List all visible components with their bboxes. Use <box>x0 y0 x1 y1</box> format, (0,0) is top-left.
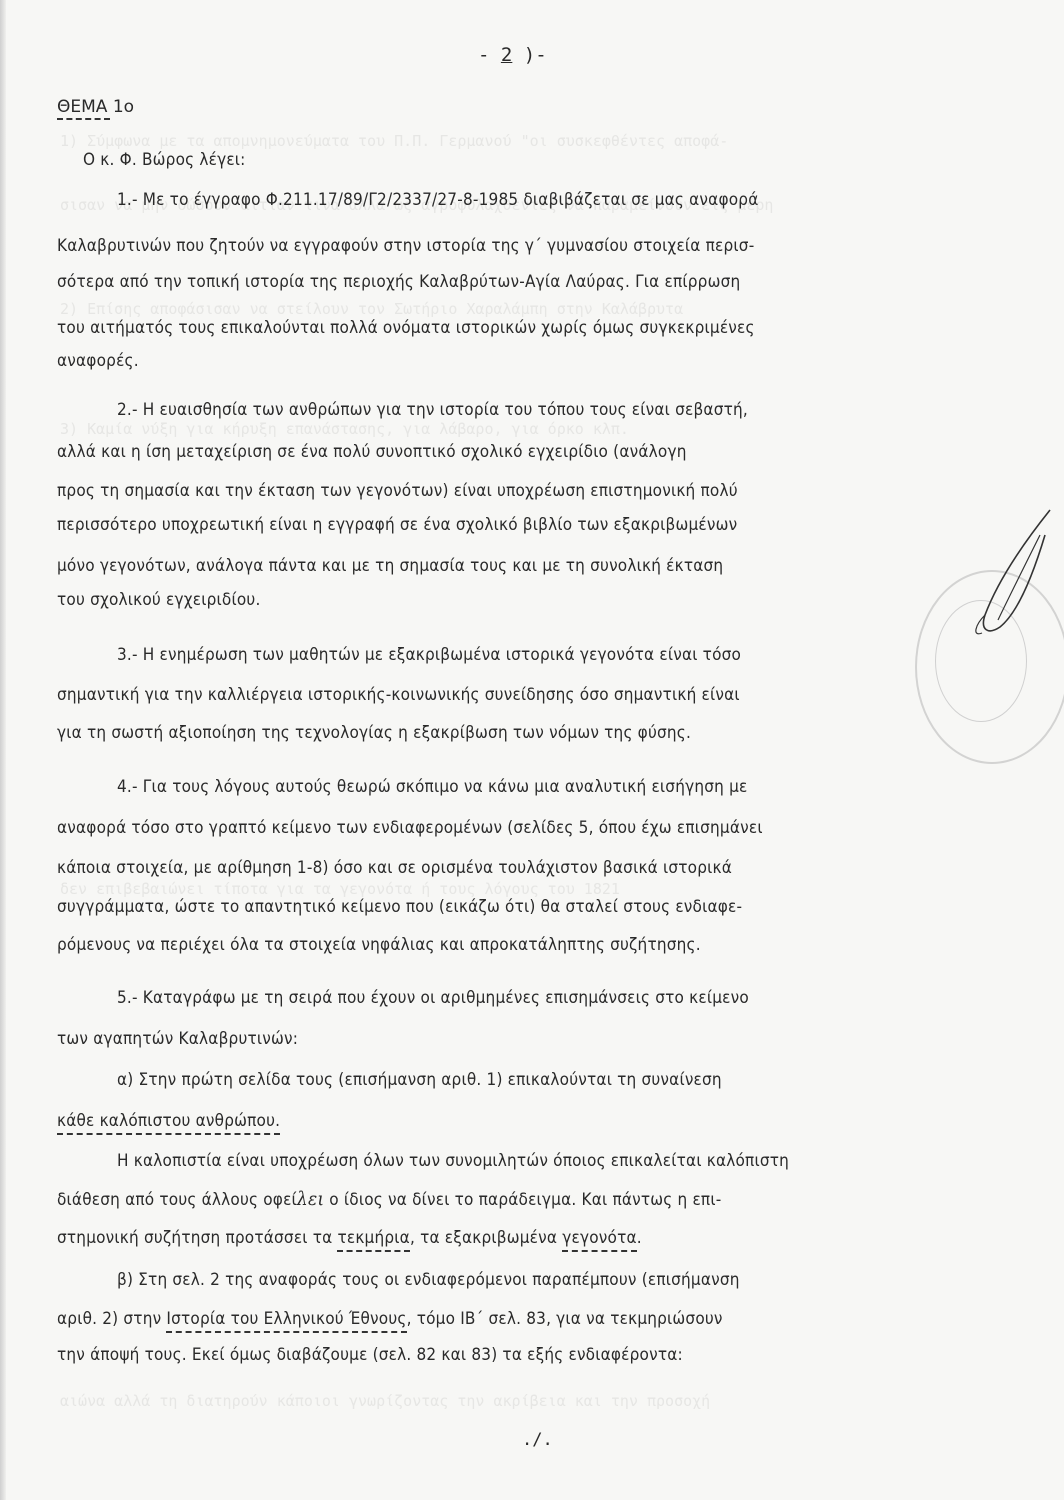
paragraph-4-line: 4.- Για τους λόγους αυτούς θεωρώ σκόπιμο… <box>117 777 747 797</box>
item-a-paragraph-line: διάθεση από τους άλλους οφείλει ο ίδιος … <box>57 1188 721 1210</box>
paragraph-2-line: αλλά και η ίση μεταχείριση σε ένα πολύ σ… <box>57 442 687 462</box>
paragraph-4-line: ρόμενους να περιέχει όλα τα στοιχεία νηφ… <box>57 935 701 955</box>
paragraph-3-line: σημαντική για την καλλιέργεια ιστορικής-… <box>57 685 740 705</box>
paragraph-2-line: προς τη σημασία και την έκταση των γεγον… <box>57 481 738 501</box>
paragraph-1-line: Καλαβρυτινών που ζητούν να εγγραφούν στη… <box>57 236 754 256</box>
paragraph-4-line: συγγράμματα, ώστε το απαντητικό κείμενο … <box>57 897 742 917</box>
continuation-mark: ./. <box>522 1430 553 1450</box>
paragraph-1-line: σότερα από την τοπική ιστορία της περιοχ… <box>57 272 740 292</box>
paragraph-1-line: αναφορές. <box>57 351 139 371</box>
heading-underline <box>57 118 110 120</box>
underlined-text: τεκμήρια <box>337 1228 409 1252</box>
item-b-line: β) Στη σελ. 2 της αναφοράς τους οι ενδια… <box>117 1270 740 1290</box>
signature-icon <box>970 505 1060 645</box>
intro-line: Ο κ. Φ. Βώρος λέγει: <box>83 150 246 170</box>
text-span: διάθεση από τους άλλους οφεί <box>57 1190 297 1210</box>
paragraph-2-line: περισσότερο υποχρεωτική είναι η εγγραφή … <box>57 515 737 535</box>
item-a-line: α) Στην πρώτη σελίδα τους (επισήμανση αρ… <box>117 1070 722 1090</box>
text-span: αριθ. 2) στην <box>57 1309 166 1329</box>
text-span: στημονική συζήτηση προτάσσει τα <box>57 1228 337 1248</box>
item-a-underlined-phrase: κάθε καλόπιστου ανθρώπου. <box>57 1111 280 1131</box>
page-number: - 2 )- <box>478 44 547 66</box>
paragraph-3-line: 3.- Η ενημέρωση των μαθητών με εξακριβωμ… <box>117 645 741 665</box>
paragraph-2-line: του σχολικού εγχειριδίου. <box>57 590 261 610</box>
item-a-paragraph-line: Η καλοπιστία είναι υποχρέωση όλων των συ… <box>117 1151 789 1171</box>
item-b-line: την άποψή τους. Εκεί όμως διαβάζουμε (σε… <box>57 1345 683 1365</box>
handwritten-correction: λει <box>297 1188 324 1210</box>
paragraph-3-line: για τη σωστή αξιοποίηση της τεχνολογίας … <box>57 723 691 743</box>
page-edge-shadow <box>0 0 6 1500</box>
paragraph-1-line: του αιτήματός τους επικαλούνται πολλά ον… <box>57 318 755 338</box>
bleed-through-text: δεν επιβεβαιώνει τίποτα για τα γεγονότα … <box>60 880 1004 898</box>
document-page: 1) Σύμφωνα με τα απομνημονεύματα του Π.Π… <box>0 0 1064 1500</box>
text-span: , τα εξακριβωμένα <box>410 1228 562 1248</box>
paragraph-5-line: 5.- Καταγράφω με τη σειρά που έχουν οι α… <box>117 988 749 1008</box>
bleed-through-text: 2) Επίσης αποφάσισαν να στείλουν τον Σωτ… <box>60 300 1004 318</box>
item-a-paragraph-line: στημονική συζήτηση προτάσσει τα τεκμήρια… <box>57 1228 642 1248</box>
page-number-value: 2 <box>501 44 512 66</box>
bleed-through-text: 3) Καμία νύξη για κήρυξη επανάστασης, γι… <box>60 420 1004 438</box>
underlined-text: κάθε καλόπιστου ανθρώπου. <box>57 1111 280 1135</box>
paragraph-2-line: 2.- Η ευαισθησία των ανθρώπων για την ισ… <box>117 400 748 420</box>
text-span: ο ίδιος να δίνει το παράδειγμα. Και πάντ… <box>324 1190 721 1210</box>
text-span: , τόμο ΙΒ΄ σελ. 83, για να τεκμηριώσουν <box>407 1309 723 1329</box>
page-number-suffix: )- <box>512 44 546 66</box>
paragraph-4-line: κάποια στοιχεία, με αρίθμηση 1-8) όσο κα… <box>57 858 732 878</box>
item-b-line: αριθ. 2) στην Ιστορία του Ελληνικού Έθνο… <box>57 1309 723 1329</box>
underlined-text: Ιστορία του Ελληνικού Έθνους <box>166 1309 406 1333</box>
underlined-text: γεγονότα <box>562 1228 637 1252</box>
paragraph-1-line: 1.- Με το έγγραφο Φ.211.17/89/Γ2/2337/27… <box>117 190 759 210</box>
paragraph-2-line: μόνο γεγονότων, ανάλογα πάντα και με τη … <box>57 556 723 576</box>
section-heading: ΘΕΜΑ 1ο <box>57 97 134 117</box>
paragraph-5-line: των αγαπητών Καλαβρυτινών: <box>57 1029 298 1049</box>
bleed-through-text: αιώνα αλλά τη διατηρούν κάποιοι γνωρίζον… <box>60 1392 1004 1410</box>
text-span: . <box>637 1228 642 1248</box>
page-number-prefix: - <box>478 44 501 66</box>
paragraph-4-line: αναφορά τόσο στο γραπτό κείμενο των ενδι… <box>57 818 763 838</box>
bleed-through-text: 1) Σύμφωνα με τα απομνημονεύματα του Π.Π… <box>60 132 1004 150</box>
